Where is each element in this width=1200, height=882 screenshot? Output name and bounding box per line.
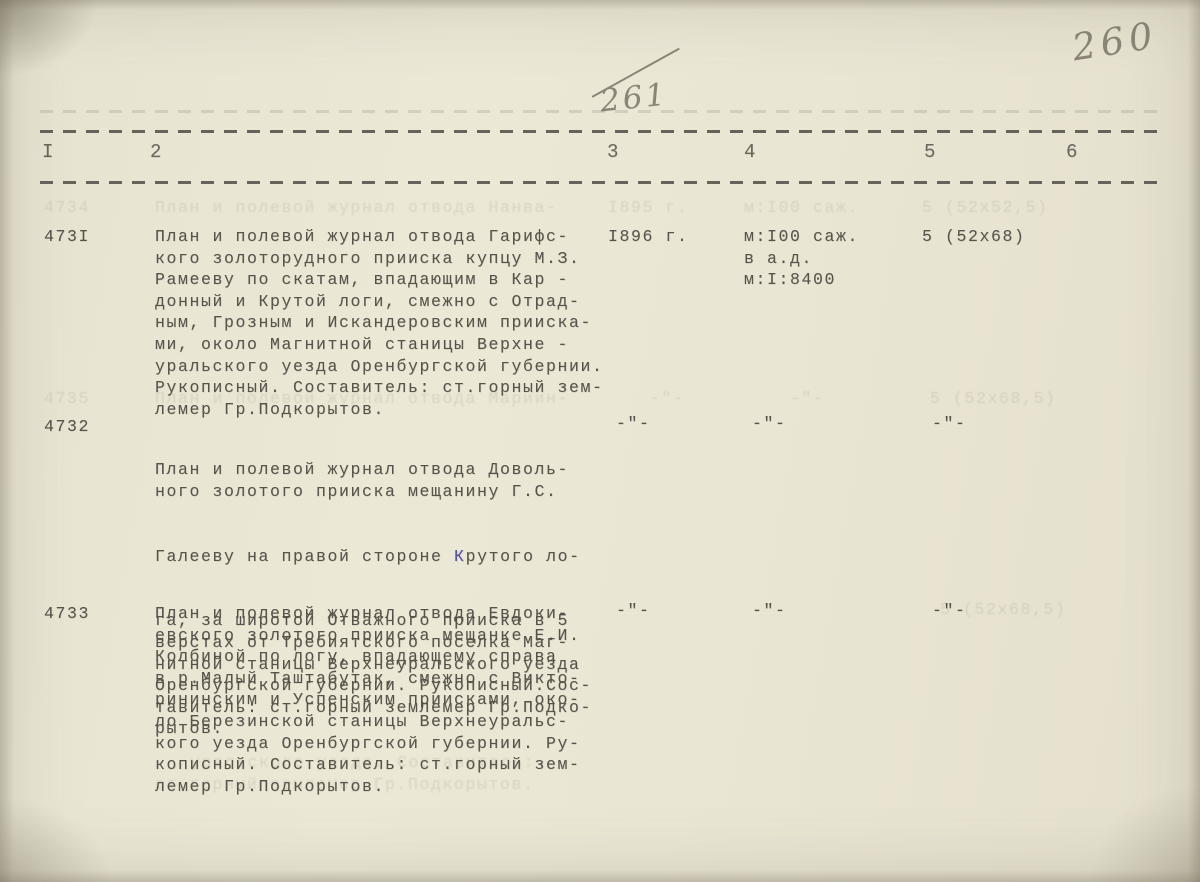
ghost-entry-scale: -"-	[790, 388, 825, 410]
ink-line-pre: Галееву на правой стороне	[155, 547, 454, 566]
column-header-4: 4	[744, 142, 756, 164]
column-header-3: 3	[607, 142, 619, 164]
column-header-1: I	[42, 142, 54, 164]
ghost-dashed-line	[40, 110, 1166, 113]
table-header-rule-top	[40, 130, 1166, 133]
handwritten-crossed-number: 261	[598, 77, 670, 120]
scanned-document-page: 260 261 4734 План и полевой журнал отвод…	[0, 0, 1200, 882]
ghost-entry-sheets: 5 (52x68,5)	[930, 388, 1057, 410]
handwritten-page-number: 260	[1069, 14, 1160, 70]
ghost-entry-number: 4735	[44, 388, 90, 410]
entry-number: 4733	[44, 603, 90, 625]
ghost-entry-number: 4734	[44, 197, 90, 219]
ghost-entry-description: План и полевой журнал отвода Нанва-	[155, 197, 558, 219]
entry-scale-ditto: -"-	[752, 600, 787, 622]
entry-year: I896 г.	[608, 226, 689, 248]
entry-sheets-ditto: -"-	[932, 600, 967, 622]
column-header-5: 5	[924, 142, 936, 164]
entry-scale: м:I00 саж.в а.д.м:I:8400	[744, 226, 859, 291]
entry-scale-ditto: -"-	[752, 413, 787, 435]
entry-number: 473I	[44, 226, 90, 248]
entry-description: План и полевой журнал отвода Гарифс-кого…	[155, 226, 635, 420]
entry-year-ditto: -"-	[616, 600, 651, 622]
entry-year-ditto: -"-	[616, 413, 651, 435]
column-header-2: 2	[150, 142, 162, 164]
entry-number: 4732	[44, 416, 90, 438]
ghost-entry-scale: м:I00 саж.	[744, 197, 859, 219]
entry-sheets-ditto: -"-	[932, 413, 967, 435]
table-header-rule-bottom	[40, 181, 1166, 184]
ghost-entry-year: I895 г.	[608, 197, 689, 219]
ink-line-post: рутого ло-	[466, 547, 581, 566]
entry-description-ink-line: Галееву на правой стороне Крутого ло-	[155, 546, 635, 568]
entry-sheets: 5 (52x68)	[922, 226, 1026, 248]
ghost-entry-year: -"-	[650, 388, 685, 410]
entry-description: План и полевой журнал отвода Евдоки-евск…	[155, 603, 635, 797]
entry-description-lines: План и полевой журнал отвода Доволь-ного…	[155, 459, 635, 502]
column-header-6: 6	[1066, 142, 1078, 164]
blue-ink-correction-letter: К	[454, 547, 466, 566]
ghost-entry-sheets: 5 (52x52,5)	[922, 197, 1049, 219]
